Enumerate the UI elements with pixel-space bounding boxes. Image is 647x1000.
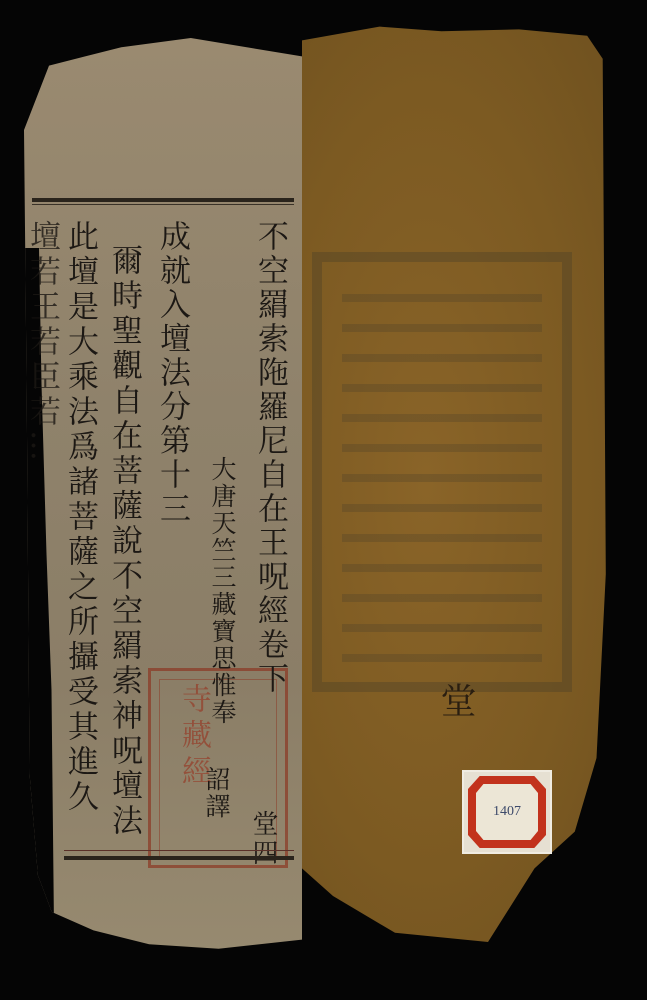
top-border-rule xyxy=(32,198,294,202)
translator-column: 大唐天竺三藏寶思惟奉 xyxy=(210,456,235,726)
catalog-label: 1407 xyxy=(462,770,552,854)
bottom-border-rule xyxy=(64,856,294,860)
translator-suffix: 詔譯 xyxy=(204,766,229,820)
right-page-cover: 堂 xyxy=(302,22,612,942)
bottom-border-rule-thin xyxy=(64,850,294,851)
body-text-column-1: 爾時聖觀自在菩薩說不空羂索神呪壇法 xyxy=(108,244,139,839)
chapter-heading-column: 成就入壇法分第十三 xyxy=(156,220,187,526)
catalog-number: 1407 xyxy=(493,804,521,820)
left-page: 寺藏經 不空羂索陁羅尼自在王呪經卷下 堂四 大唐天竺三藏寶思惟奉 詔譯 成就入壇… xyxy=(24,38,302,958)
body-text-column-2: 此壇是大乘法爲諸菩薩之所攝受其進久 xyxy=(64,220,95,815)
faint-square-seal xyxy=(312,252,572,692)
top-border-rule-thin xyxy=(32,204,294,205)
body-text-column-3: 壇若王若臣若… xyxy=(26,220,57,465)
handwritten-inscription: 堂 xyxy=(430,682,481,718)
sutra-title-column: 不空羂索陁羅尼自在王呪經卷下 xyxy=(254,220,285,696)
